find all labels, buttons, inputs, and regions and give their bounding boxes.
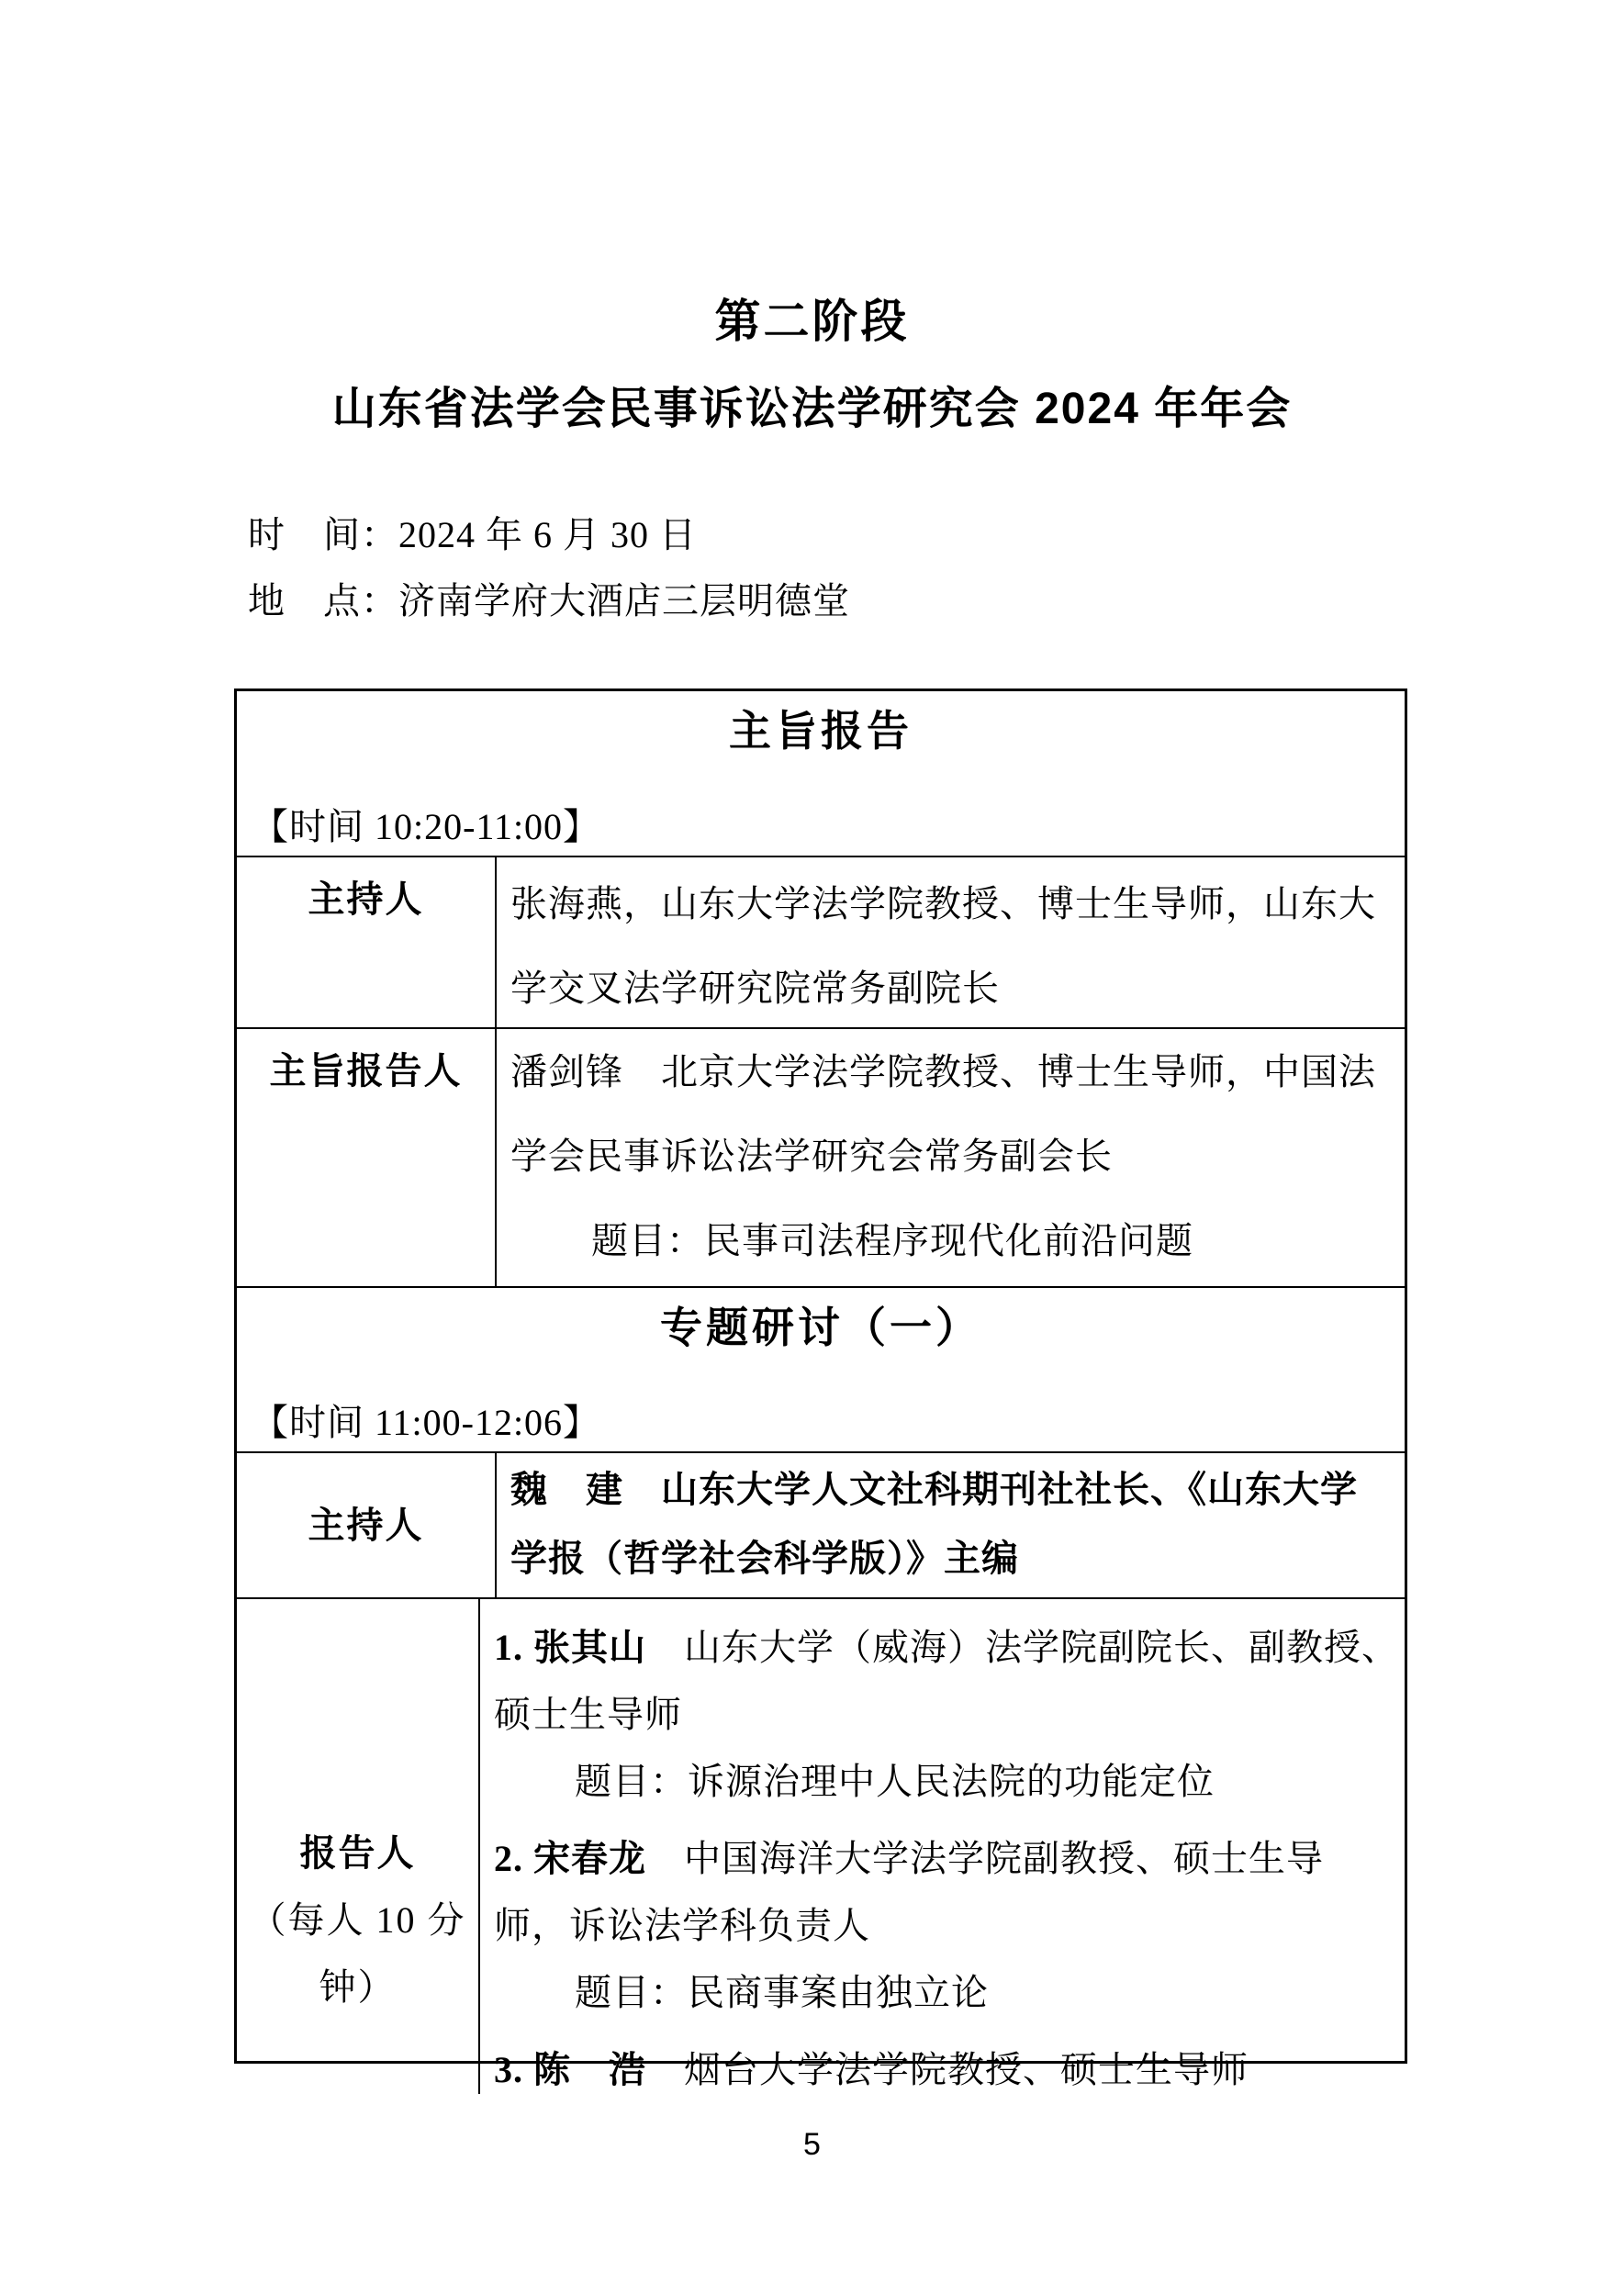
session1-header-row: 主旨报告 【时间 10:20-11:00】	[237, 708, 1405, 857]
session1-title: 主旨报告	[237, 708, 1405, 756]
session2-speakers-label-cell: 报告人 （每人 10 分 钟）	[237, 1599, 480, 2094]
speaker1-topic: 题目：诉源治理中人民法院的功能定位	[494, 1748, 1399, 1815]
speaker2-name: 2. 宋春龙	[494, 1838, 646, 1879]
session1-moderator-content: 张海燕，山东大学法学院教授、博士生导师，山东大 学交叉法学研究院常务副院长	[497, 857, 1405, 1027]
page-number: 5	[0, 2126, 1624, 2163]
date-line: 时 间：2024 年 6 月 30 日	[248, 514, 697, 556]
session1-keynote-label: 主旨报告人	[270, 1049, 463, 1093]
speaker1-name: 1. 张其山	[494, 1627, 646, 1668]
speaker1-line1: 1. 张其山 山东大学（威海）法学院副院长、副教授、	[494, 1614, 1399, 1681]
venue-line: 地 点：济南学府大酒店三层明德堂	[248, 580, 850, 622]
session2-speakers-label-note2: 钟）	[319, 1954, 397, 2021]
session2-moderator-content: 魏 建 山东大学人文社科期刊社社长、《山东大学 学报（哲学社会科学版）》主编	[497, 1453, 1405, 1597]
speaker3-line1: 3. 陈 浩 烟台大学法学院教授、硕士生导师	[494, 2036, 1399, 2103]
session2-title: 专题研讨（一）	[237, 1304, 1405, 1352]
session1-moderator-line2: 学交叉法学研究院常务副院长	[510, 946, 1399, 1031]
speaker3-name: 3. 陈 浩	[494, 2049, 646, 2090]
session2-moderator-label-cell: 主持人	[237, 1453, 497, 1597]
session2-moderator-line1: 魏 建 山东大学人文社科期刊社社长、《山东大学	[510, 1455, 1399, 1524]
session1-moderator-label-cell: 主持人	[237, 857, 497, 1027]
session2-speakers-content: 1. 张其山 山东大学（威海）法学院副院长、副教授、 硕士生导师 题目：诉源治理…	[480, 1599, 1405, 2094]
session2-speakers-row: 报告人 （每人 10 分 钟） 1. 张其山 山东大学（威海）法学院副院长、副教…	[237, 1599, 1405, 2094]
session2-time-range: 【时间 11:00-12:06】	[252, 1402, 600, 1444]
session2-speakers-label-note1: （每人 10 分	[250, 1886, 466, 1954]
session1-keynote-topic: 题目：民事司法程序现代化前沿问题	[510, 1199, 1399, 1283]
speaker2-topic: 题目：民商事案由独立论	[494, 1959, 1399, 2026]
session2-moderator-label: 主持人	[308, 1504, 424, 1548]
conference-title: 山东省法学会民事诉讼法学研究会 2024 年年会	[0, 384, 1624, 435]
session1-keynote-label-cell: 主旨报告人	[237, 1029, 497, 1286]
document-page: 第二阶段 山东省法学会民事诉讼法学研究会 2024 年年会 时 间：2024 年…	[0, 0, 1624, 2295]
session1-moderator-row: 主持人 张海燕，山东大学法学院教授、博士生导师，山东大 学交叉法学研究院常务副院…	[237, 857, 1405, 1029]
session1-keynote-line1: 潘剑锋 北京大学法学院教授、博士生导师，中国法	[510, 1030, 1399, 1114]
session1-keynote-content: 潘剑锋 北京大学法学院教授、博士生导师，中国法 学会民事诉讼法学研究会常务副会长…	[497, 1029, 1405, 1286]
session1-time-range: 【时间 10:20-11:00】	[252, 806, 600, 848]
session2-moderator-line2: 学报（哲学社会科学版）》主编	[510, 1524, 1399, 1593]
speaker2-desc1: 中国海洋大学法学院副教授、硕士生导	[646, 1838, 1324, 1879]
speaker3-desc1: 烟台大学法学院教授、硕士生导师	[646, 2049, 1249, 2090]
session2-moderator-row: 主持人 魏 建 山东大学人文社科期刊社社长、《山东大学 学报（哲学社会科学版）》…	[237, 1453, 1405, 1599]
agenda-table: 主旨报告 【时间 10:20-11:00】 主持人 张海燕，山东大学法学院教授、…	[234, 688, 1407, 2064]
stage-title: 第二阶段	[0, 296, 1624, 347]
session2-speakers-label: 报告人	[300, 1819, 416, 1886]
session1-keynote-row: 主旨报告人 潘剑锋 北京大学法学院教授、博士生导师，中国法 学会民事诉讼法学研究…	[237, 1029, 1405, 1288]
speaker1-line2: 硕士生导师	[494, 1681, 1399, 1748]
speaker1-desc1: 山东大学（威海）法学院副院长、副教授、	[646, 1627, 1399, 1668]
speaker2-line2: 师，诉讼法学科负责人	[494, 1892, 1399, 1959]
session1-moderator-label: 主持人	[308, 878, 424, 922]
session1-moderator-line1: 张海燕，山东大学法学院教授、博士生导师，山东大	[510, 862, 1399, 946]
session1-keynote-line2: 学会民事诉讼法学研究会常务副会长	[510, 1114, 1399, 1199]
session2-header-row: 专题研讨（一） 【时间 11:00-12:06】	[237, 1304, 1405, 1453]
speaker2-line1: 2. 宋春龙 中国海洋大学法学院副教授、硕士生导	[494, 1825, 1399, 1892]
